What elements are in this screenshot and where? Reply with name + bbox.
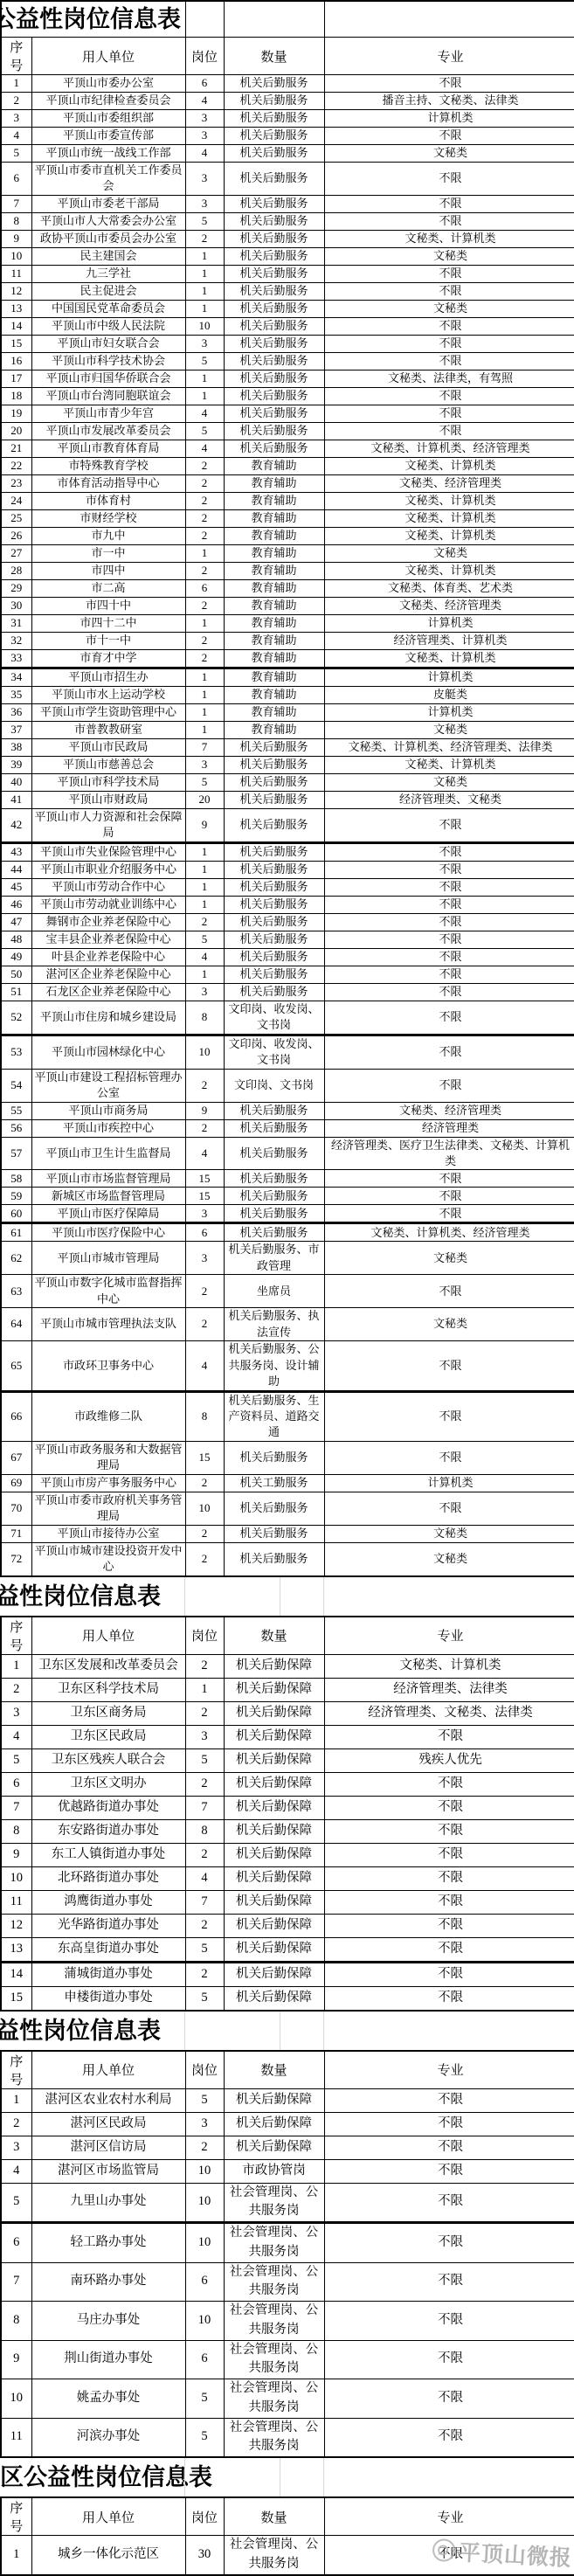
quantity-cell: 机关后勤服务	[224, 756, 324, 773]
table-row: 1平顶山市委办公室6机关后勤服务不限	[1, 75, 574, 93]
table-row: 1湛河区农业农村水利局5机关后勤保障不限	[1, 2088, 574, 2112]
employer-cell: 平顶山市中级人民法院	[31, 317, 185, 335]
positions-cell: 10	[185, 1492, 224, 1525]
table-row: 10姚孟办事处5社会管理岗、公共服务岗不限	[1, 2379, 574, 2419]
positions-cell: 8	[185, 1819, 224, 1843]
employer-cell: 平顶山市学生资助管理中心	[31, 703, 185, 721]
header-row: 序号 用人单位 岗位 数量 专业	[1, 2497, 574, 2536]
quantity-cell: 机关后勤服务	[224, 1137, 324, 1170]
employer-cell: 平顶山市城市管理局	[31, 1242, 185, 1275]
table-row: 46平顶山市劳动就业训练中心1机关后勤服务不限	[1, 896, 574, 913]
quantity-cell: 机关后勤服务	[224, 1119, 324, 1137]
row-number-cell: 31	[1, 614, 31, 632]
employer-cell: 平顶山市建设工程招标管理办公室	[31, 1069, 185, 1102]
major-cell: 不限	[324, 1205, 574, 1223]
positions-cell: 2	[185, 1474, 224, 1492]
employer-cell: 平顶山市政务服务和大数据管理局	[31, 1441, 185, 1474]
row-number-cell: 1	[1, 2088, 31, 2112]
row-number-cell: 7	[1, 1796, 31, 1819]
row-number-cell: 12	[1, 1914, 31, 1937]
major-cell: 残疾人优先	[324, 1748, 574, 1772]
employer-cell: 平顶山市医疗保险中心	[31, 1223, 185, 1242]
major-cell: 播音主持、文秘类、法律类	[324, 93, 574, 110]
table-row: 2卫东区科学技术局1机关后勤保障经济管理类、法律类	[1, 1678, 574, 1701]
row-number-cell: 34	[1, 668, 31, 686]
table-row: 62平顶山市城市管理局3机关后勤服务、市政管理文秘类	[1, 1242, 574, 1275]
employer-cell: 卫东区文明办	[31, 1772, 185, 1796]
major-cell: 文秘类、计算机类	[324, 492, 574, 509]
table-row: 61平顶山市医疗保险中心6机关后勤服务文秘类、计算机类、经济管理类	[1, 1223, 574, 1242]
positions-cell: 1	[185, 703, 224, 721]
table-row: 43平顶山市失业保险管理中心1机关后勤服务不限	[1, 842, 574, 861]
positions-cell: 2	[185, 1119, 224, 1137]
major-cell: 不限	[324, 1843, 574, 1866]
table-row: 35平顶山市水上运动学校1教育辅助皮艇类	[1, 686, 574, 703]
major-cell: 经济管理类、法律类	[324, 1678, 574, 1701]
major-cell: 不限	[324, 128, 574, 145]
positions-cell: 4	[185, 1341, 224, 1391]
positions-cell: 4	[185, 948, 224, 966]
major-cell: 文秘类、计算机类、经济管理类	[324, 440, 574, 457]
major-cell: 计算机类	[324, 614, 574, 632]
positions-cell: 2	[185, 1914, 224, 1937]
major-cell: 不限	[324, 1391, 574, 1441]
major-cell: 不限	[324, 1772, 574, 1796]
table-row: 48宝丰县企业养老保险中心5机关后勤服务不限	[1, 931, 574, 948]
employer-cell: 平顶山市慈善总会	[31, 756, 185, 773]
positions-cell: 4	[185, 405, 224, 422]
quantity-cell: 教育辅助	[224, 474, 324, 492]
major-cell: 文秘类、计算机类、经济管理类	[324, 1223, 574, 1242]
table-row: 27市一中1教育辅助文秘类	[1, 544, 574, 562]
major-cell: 不限	[324, 2136, 574, 2159]
quantity-cell: 社会管理岗、公共服务岗	[224, 2223, 324, 2263]
col-header-positions: 岗位	[185, 1617, 224, 1655]
major-cell: 不限	[324, 282, 574, 300]
major-cell: 不限	[324, 317, 574, 335]
table-title: 益性岗位信息表	[0, 1577, 161, 1616]
row-number-cell: 24	[1, 492, 31, 509]
positions-cell: 10	[185, 1035, 224, 1069]
positions-cell: 1	[185, 721, 224, 738]
employer-cell: 平顶山市招生办	[31, 668, 185, 686]
table-section-weidong: 益性岗位信息表 序号 用人单位 岗位 数量 专业 1卫东区发展和改革委员会2机关…	[0, 1577, 574, 2012]
row-number-cell: 17	[1, 370, 31, 387]
quantity-cell: 机关后勤服务	[224, 1441, 324, 1474]
row-number-cell: 37	[1, 721, 31, 738]
quantity-cell: 市政协管岗	[224, 2159, 324, 2183]
major-cell: 不限	[324, 2536, 574, 2575]
row-number-cell: 6	[1, 163, 31, 196]
row-number-cell: 15	[1, 1986, 31, 2011]
table-row: 14蒲城街道办事处2机关后勤保障不限	[1, 1962, 574, 1986]
row-number-cell: 55	[1, 1102, 31, 1119]
employer-cell: 市一中	[31, 544, 185, 562]
row-number-cell: 67	[1, 1441, 31, 1474]
employer-cell: 湛河区企业养老保险中心	[31, 966, 185, 983]
positions-cell: 3	[185, 1205, 224, 1223]
row-number-cell: 8	[1, 212, 31, 230]
major-cell: 不限	[324, 422, 574, 440]
major-cell: 不限	[324, 1275, 574, 1308]
city-jobs-body: 1平顶山市委办公室6机关后勤服务不限2平顶山市纪律检查委员会4机关后勤服务播音主…	[1, 75, 574, 1576]
table-row: 50湛河区企业养老保险中心1机关后勤服务不限	[1, 966, 574, 983]
major-cell: 不限	[324, 1001, 574, 1035]
row-number-cell: 4	[1, 2159, 31, 2183]
positions-cell: 7	[185, 738, 224, 756]
employer-cell: 市四十二中	[31, 614, 185, 632]
positions-cell: 6	[185, 1223, 224, 1242]
quantity-cell: 机关后勤保障	[224, 2136, 324, 2159]
quantity-cell: 文印岗、收发岗、文书岗	[224, 1001, 324, 1035]
positions-cell: 5	[185, 773, 224, 791]
quantity-cell: 机关后勤服务	[224, 791, 324, 808]
positions-cell: 2	[185, 457, 224, 474]
row-number-cell: 49	[1, 948, 31, 966]
major-cell: 不限	[324, 75, 574, 93]
employer-cell: 南环路办事处	[31, 2262, 185, 2302]
positions-cell: 15	[185, 1441, 224, 1474]
table-row: 3卫东区商务局2机关后勤保障经济管理类、文秘类、法律类	[1, 1701, 574, 1725]
table-section-zhanhe: 益性岗位信息表 序号 用人单位 岗位 数量 专业 1湛河区农业农村水利局5机关后…	[0, 2012, 574, 2459]
major-cell: 不限	[324, 948, 574, 966]
major-cell: 计算机类	[324, 1474, 574, 1492]
demozone-jobs-body: 1城乡一体化示范区30社会管理岗、公共服务岗不限	[1, 2536, 574, 2575]
quantity-cell: 机关后勤服务	[224, 808, 324, 842]
table-row: 51石龙区企业养老保险中心3机关后勤服务不限	[1, 983, 574, 1001]
row-number-cell: 66	[1, 1391, 31, 1441]
table-row: 22市特殊教育学校2教育辅助文秘类、计算机类	[1, 457, 574, 474]
header-row: 序号 用人单位 岗位 数量 专业	[1, 38, 574, 75]
positions-cell: 5	[185, 212, 224, 230]
quantity-cell: 机关后勤服务	[224, 282, 324, 300]
table-row: 4湛河区市场监管局10市政协管岗不限	[1, 2159, 574, 2183]
employer-cell: 平顶山市委办公室	[31, 75, 185, 93]
row-number-cell: 36	[1, 703, 31, 721]
row-number-cell: 29	[1, 579, 31, 597]
quantity-cell: 机关后勤保障	[224, 1962, 324, 1986]
table-row: 1城乡一体化示范区30社会管理岗、公共服务岗不限	[1, 2536, 574, 2575]
table-section-city: 公益性岗位信息表 序号 用人单位 岗位 数量 专业 1平顶山市委办公室6机关后勤…	[0, 0, 574, 1577]
positions-cell: 8	[185, 1001, 224, 1035]
employer-cell: 平顶山市水上运动学校	[31, 686, 185, 703]
table-row: 33市育才中学2教育辅助文秘类、计算机类	[1, 649, 574, 668]
quantity-cell: 机关后勤服务	[224, 440, 324, 457]
quantity-cell: 机关后勤服务	[224, 861, 324, 878]
col-header-employer: 用人单位	[31, 38, 185, 75]
employer-cell: 石龙区企业养老保险中心	[31, 983, 185, 1001]
row-number-cell: 54	[1, 1069, 31, 1102]
row-number-cell: 3	[1, 2136, 31, 2159]
row-number-cell: 46	[1, 896, 31, 913]
gridline	[323, 1577, 324, 1616]
quantity-cell: 机关后勤服务、市政管理	[224, 1242, 324, 1275]
table-row: 70平顶山市委市政府机关事务管理局10机关后勤服务不限	[1, 1492, 574, 1525]
gridline	[184, 1577, 185, 1616]
table-row: 53平顶山市园林绿化中心10文印岗、收发岗、文书岗不限	[1, 1035, 574, 1069]
table-row: 58平顶山市市场监督管理局15机关后勤服务不限	[1, 1170, 574, 1188]
positions-cell: 2	[185, 1843, 224, 1866]
quantity-cell: 机关后勤保障	[224, 2088, 324, 2112]
table-row: 16平顶山市科学技术协会5机关后勤服务不限	[1, 352, 574, 370]
row-number-cell: 47	[1, 913, 31, 931]
table-title-cell: 公益性岗位信息表	[1, 1, 185, 38]
row-number-cell: 9	[1, 230, 31, 247]
employer-cell: 民主建国会	[31, 247, 185, 265]
major-cell: 文秘类、计算机类	[324, 1654, 574, 1678]
table-row: 34平顶山市招生办1教育辅助计算机类	[1, 668, 574, 686]
employer-cell: 申楼街道办事处	[31, 1986, 185, 2011]
quantity-cell: 机关后勤保障	[224, 2112, 324, 2136]
row-number-cell: 14	[1, 317, 31, 335]
employer-cell: 卫东区发展和改革委员会	[31, 1654, 185, 1678]
positions-cell: 1	[185, 387, 224, 405]
employer-cell: 北环路街道办事处	[31, 1866, 185, 1890]
table-row: 10北环路街道办事处4机关后勤保障不限	[1, 1866, 574, 1890]
table-row: 60平顶山市医疗保障局3机关后勤服务不限	[1, 1205, 574, 1223]
table-row: 11九三学社1机关后勤服务不限	[1, 265, 574, 282]
quantity-cell: 教育辅助	[224, 492, 324, 509]
quantity-cell: 社会管理岗、公共服务岗	[224, 2379, 324, 2419]
quantity-cell: 机关后勤保障	[224, 1654, 324, 1678]
employer-cell: 湛河区民政局	[31, 2112, 185, 2136]
quantity-cell: 机关后勤服务	[224, 1223, 324, 1242]
quantity-cell: 机关后勤服务	[224, 913, 324, 931]
table-row: 9政协平顶山市委员会办公室2机关后勤服务文秘类、计算机类	[1, 230, 574, 247]
quantity-cell: 机关后勤服务、生产资料员、道路交通	[224, 1391, 324, 1441]
header-row: 序号 用人单位 岗位 数量 专业	[1, 1617, 574, 1655]
positions-cell: 8	[185, 1391, 224, 1441]
major-cell: 不限	[324, 2302, 574, 2341]
row-number-cell: 30	[1, 597, 31, 614]
table-row: 7南环路办事处6社会管理岗、公共服务岗不限	[1, 2262, 574, 2302]
table-row: 3平顶山市委组织部3机关后勤服务计算机类	[1, 110, 574, 128]
row-number-cell: 8	[1, 1819, 31, 1843]
major-cell: 不限	[324, 2379, 574, 2419]
row-number-cell: 48	[1, 931, 31, 948]
positions-cell: 3	[185, 1242, 224, 1275]
major-cell: 不限	[324, 352, 574, 370]
table-title-row: 益性岗位信息表	[0, 1577, 574, 1616]
quantity-cell: 机关后勤服务	[224, 405, 324, 422]
table-row: 55平顶山市商务局9机关后勤服务文秘类、经济管理类	[1, 1102, 574, 1119]
table-row: 63平顶山市数字化城市监督指挥中心2坐席员不限	[1, 1275, 574, 1308]
row-number-cell: 12	[1, 282, 31, 300]
quantity-cell: 机关后勤服务	[224, 317, 324, 335]
positions-cell: 1	[185, 878, 224, 896]
table-row: 18平顶山市台湾同胞联谊会1机关后勤服务不限	[1, 387, 574, 405]
quantity-cell: 机关后勤服务	[224, 93, 324, 110]
row-number-cell: 53	[1, 1035, 31, 1069]
quantity-cell: 坐席员	[224, 1275, 324, 1308]
major-cell: 文秘类、计算机类	[324, 562, 574, 579]
row-number-cell: 23	[1, 474, 31, 492]
row-number-cell: 26	[1, 527, 31, 544]
employer-cell: 平顶山市房产事务服务中心	[31, 1474, 185, 1492]
table-row: 39平顶山市慈善总会3机关后勤服务文秘类、计算机类	[1, 756, 574, 773]
positions-cell: 7	[185, 1890, 224, 1914]
positions-cell: 2	[185, 474, 224, 492]
row-number-cell: 52	[1, 1001, 31, 1035]
col-header-no: 序号	[1, 1617, 31, 1655]
major-cell: 不限	[324, 1890, 574, 1914]
employer-cell: 平顶山市统一战线工作部	[31, 145, 185, 163]
positions-cell: 2	[185, 492, 224, 509]
employer-cell: 市财经学校	[31, 509, 185, 527]
employer-cell: 市体育村	[31, 492, 185, 509]
col-header-employer: 用人单位	[31, 1617, 185, 1655]
employer-cell: 平顶山市人大常委会办公室	[31, 212, 185, 230]
quantity-cell: 机关后勤服务	[224, 1525, 324, 1542]
row-number-cell: 8	[1, 2302, 31, 2341]
row-number-cell: 28	[1, 562, 31, 579]
row-number-cell: 45	[1, 878, 31, 896]
table-row: 4卫东区民政局3机关后勤保障不限	[1, 1725, 574, 1748]
employer-cell: 平顶山市住房和城乡建设局	[31, 1001, 185, 1035]
major-cell: 不限	[324, 1866, 574, 1890]
col-header-quantity: 数量	[224, 2051, 324, 2089]
table-row: 1卫东区发展和改革委员会2机关后勤保障文秘类、计算机类	[1, 1654, 574, 1678]
quantity-cell: 机关后勤服务、公共服务岗、设计辅助	[224, 1341, 324, 1391]
table-row: 11河滨办事处5社会管理岗、公共服务岗不限	[1, 2418, 574, 2457]
col-header-employer: 用人单位	[31, 2497, 185, 2536]
quantity-cell: 机关后勤保障	[224, 1701, 324, 1725]
quantity-cell: 机关后勤服务	[224, 1188, 324, 1205]
quantity-cell: 教育辅助	[224, 527, 324, 544]
employer-cell: 平顶山市归国华侨联合会	[31, 370, 185, 387]
col-header-positions: 岗位	[185, 38, 224, 75]
row-number-cell: 65	[1, 1341, 31, 1391]
positions-cell: 20	[185, 791, 224, 808]
employer-cell: 荆山街道办事处	[31, 2340, 185, 2379]
employer-cell: 平顶山市园林绿化中心	[31, 1035, 185, 1069]
major-cell: 不限	[324, 1962, 574, 1986]
quantity-cell: 机关后勤服务	[224, 212, 324, 230]
positions-cell: 1	[185, 265, 224, 282]
positions-cell: 1	[185, 966, 224, 983]
row-number-cell: 6	[1, 1772, 31, 1796]
employer-cell: 卫东区商务局	[31, 1701, 185, 1725]
row-number-cell: 1	[1, 1654, 31, 1678]
quantity-cell: 机关后勤服务	[224, 931, 324, 948]
major-cell: 文秘类、经济管理类	[324, 597, 574, 614]
quantity-cell: 机关后勤服务	[224, 335, 324, 352]
quantity-cell: 机关后勤服务	[224, 75, 324, 93]
employer-cell: 平顶山市委市直机关工作委员会	[31, 163, 185, 196]
employer-cell: 平顶山市劳动就业训练中心	[31, 896, 185, 913]
quantity-cell: 机关后勤服务	[224, 110, 324, 128]
quantity-cell: 教育辅助	[224, 721, 324, 738]
positions-cell: 2	[185, 230, 224, 247]
table-row: 57平顶山市卫生计生监督局4机关后勤服务经济管理类、医疗卫生法律类、文秘类、计算…	[1, 1137, 574, 1170]
quantity-cell: 机关后勤保障	[224, 1937, 324, 1962]
table-row: 13中国国民党革命委员会1机关后勤服务文秘类	[1, 300, 574, 317]
employer-cell: 平顶山市教育体育局	[31, 440, 185, 457]
table-row: 44平顶山市职业介绍服务中心1机关后勤服务不限	[1, 861, 574, 878]
employer-cell: 平顶山市城市管理执法支队	[31, 1308, 185, 1341]
quantity-cell: 机关工勤服务	[224, 1474, 324, 1492]
positions-cell: 5	[185, 2088, 224, 2112]
positions-cell: 5	[185, 1748, 224, 1772]
quantity-cell: 教育辅助	[224, 686, 324, 703]
employer-cell: 平顶山市失业保险管理中心	[31, 842, 185, 861]
employer-cell: 市政环卫事务中心	[31, 1341, 185, 1391]
row-number-cell: 11	[1, 2418, 31, 2457]
positions-cell: 1	[185, 1678, 224, 1701]
row-number-cell: 9	[1, 2340, 31, 2379]
quantity-cell: 机关后勤服务	[224, 842, 324, 861]
col-header-employer: 用人单位	[31, 2051, 185, 2089]
positions-cell: 6	[185, 2340, 224, 2379]
col-header-no: 序号	[1, 2051, 31, 2089]
table-row: 15平顶山市妇女联合会3机关后勤服务不限	[1, 335, 574, 352]
positions-cell: 6	[185, 75, 224, 93]
major-cell: 不限	[324, 1035, 574, 1069]
row-number-cell: 2	[1, 2112, 31, 2136]
major-cell: 不限	[324, 2262, 574, 2302]
quantity-cell: 机关后勤服务	[224, 247, 324, 265]
major-cell: 文秘类、法律类，有驾照	[324, 370, 574, 387]
table-row: 65市政环卫事务中心4机关后勤服务、公共服务岗、设计辅助不限	[1, 1341, 574, 1391]
major-cell: 经济管理类	[324, 1119, 574, 1137]
row-number-cell: 41	[1, 791, 31, 808]
table-row: 30市四十中2教育辅助文秘类、经济管理类	[1, 597, 574, 614]
employer-cell: 平顶山市疾控中心	[31, 1119, 185, 1137]
row-number-cell: 2	[1, 1678, 31, 1701]
major-cell: 经济管理类、医疗卫生法律类、文秘类、计算机类	[324, 1137, 574, 1170]
positions-cell: 2	[185, 649, 224, 668]
row-number-cell: 43	[1, 842, 31, 861]
row-number-cell: 10	[1, 2379, 31, 2419]
major-cell: 不限	[324, 1725, 574, 1748]
quantity-cell: 社会管理岗、公共服务岗	[224, 2418, 324, 2457]
quantity-cell: 机关后勤服务	[224, 422, 324, 440]
major-cell: 不限	[324, 983, 574, 1001]
table-row: 12民主促进会1机关后勤服务不限	[1, 282, 574, 300]
positions-cell: 2	[185, 1525, 224, 1542]
positions-cell: 5	[185, 1986, 224, 2011]
table-row: 17平顶山市归国华侨联合会1机关后勤服务文秘类、法律类，有驾照	[1, 370, 574, 387]
row-number-cell: 44	[1, 861, 31, 878]
major-cell: 文秘类、计算机类	[324, 756, 574, 773]
major-cell: 不限	[324, 1914, 574, 1937]
employer-cell: 平顶山市民政局	[31, 738, 185, 756]
major-cell: 文秘类、计算机类	[324, 509, 574, 527]
table-row: 4平顶山市委宣传部3机关后勤服务不限	[1, 128, 574, 145]
employer-cell: 平顶山市妇女联合会	[31, 335, 185, 352]
positions-cell: 5	[185, 422, 224, 440]
employer-cell: 市政维修二队	[31, 1391, 185, 1441]
major-cell: 不限	[324, 1796, 574, 1819]
quantity-cell: 机关后勤服务	[224, 896, 324, 913]
table-row: 56平顶山市疾控中心2机关后勤服务经济管理类	[1, 1119, 574, 1137]
table-row: 12光华路街道办事处2机关后勤保障不限	[1, 1914, 574, 1937]
major-cell: 不限	[324, 335, 574, 352]
positions-cell: 2	[185, 1308, 224, 1341]
employer-cell: 市二高	[31, 579, 185, 597]
table-row: 71平顶山市接待办公室2机关后勤服务文秘类	[1, 1525, 574, 1542]
employer-cell: 鸿鹰街道办事处	[31, 1890, 185, 1914]
quantity-cell: 文印岗、收发岗、文书岗	[224, 1035, 324, 1069]
quantity-cell: 机关后勤服务	[224, 195, 324, 212]
gridline	[280, 2012, 280, 2050]
positions-cell: 4	[185, 440, 224, 457]
table-row: 45平顶山市劳动合作中心1机关后勤服务不限	[1, 878, 574, 896]
major-cell: 经济管理类、文秘类、法律类	[324, 1701, 574, 1725]
row-number-cell: 72	[1, 1542, 31, 1575]
row-number-cell: 32	[1, 632, 31, 649]
employer-cell: 宝丰县企业养老保险中心	[31, 931, 185, 948]
